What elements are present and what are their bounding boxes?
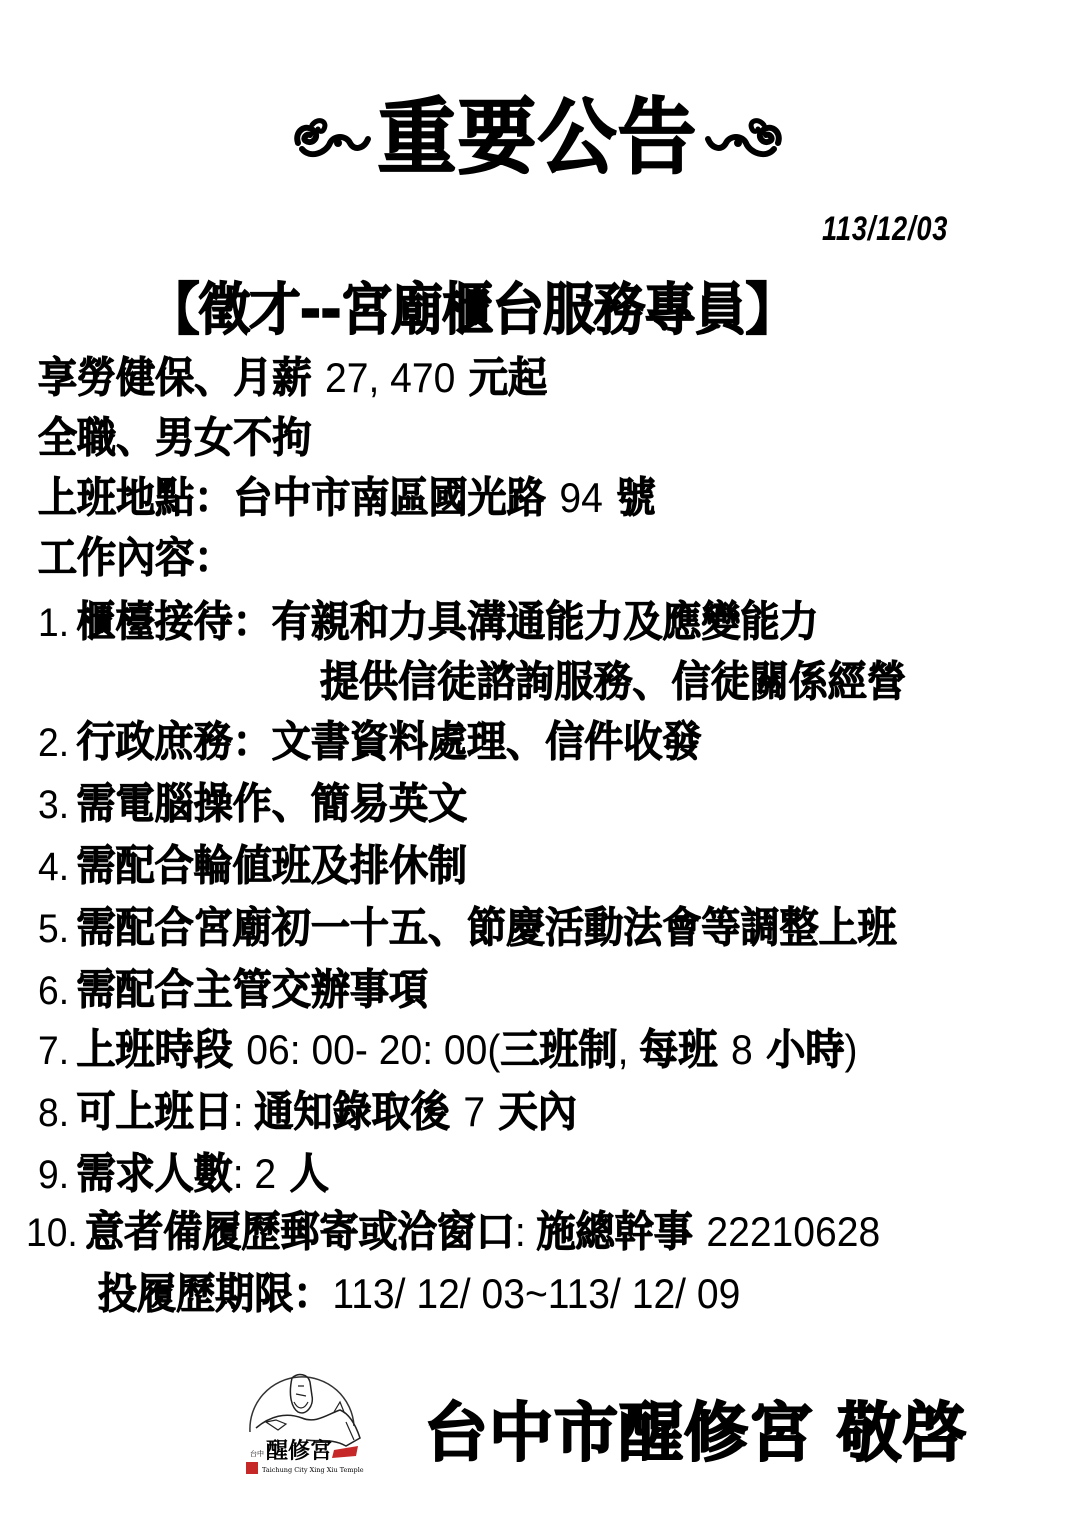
location-label: 上班地點： bbox=[38, 473, 233, 522]
duty-item-5: 5.需配合宮廟初一十五、節慶活動法會等調整上班 bbox=[38, 902, 897, 955]
item-text: 可上班日 bbox=[76, 1087, 232, 1136]
item-number: 7. bbox=[38, 1025, 69, 1077]
duty-item-9-headcount: 9.需求人數: 2 人 bbox=[38, 1148, 329, 1201]
employment-type-line: 全職、男女不拘 bbox=[38, 412, 311, 464]
benefits-salary-line: 享勞健保、月薪 27, 470 元起 bbox=[38, 352, 547, 404]
duty-item-1-continued: 提供信徒諮詢服務、信徒關係經營 bbox=[320, 656, 906, 708]
location-address: 台中市南區國光路 bbox=[233, 473, 559, 522]
salary-unit: 元起 bbox=[455, 353, 547, 402]
duty-item-10-contact: 10.意者備履歷郵寄或洽窗口: 施總幹事 22210628 bbox=[26, 1206, 880, 1259]
contact-phone: 22210628 bbox=[706, 1208, 880, 1255]
announcement-header: 重要公告 bbox=[0, 88, 1076, 188]
duty-item-1: 1.櫃檯接待：有親和力具溝通能力及應變能力 bbox=[38, 596, 819, 649]
start-date-text: 通知錄取後 bbox=[254, 1087, 463, 1136]
work-time-range: 06: 00- 20: 00( bbox=[246, 1026, 500, 1073]
item-number: 6. bbox=[38, 965, 69, 1017]
close-paren: ) bbox=[844, 1026, 857, 1073]
item-number: 9. bbox=[38, 1149, 69, 1201]
deadline-range: 113/ 12/ 03~113/ 12/ 09 bbox=[332, 1270, 740, 1317]
duty-item-7-hours: 7.上班時段 06: 00- 20: 00(三班制, 每班 8 小時) bbox=[38, 1024, 857, 1077]
start-days: 7 bbox=[463, 1088, 485, 1135]
announcement-date: 113/12/03 bbox=[822, 210, 948, 249]
location-number: 94 bbox=[559, 474, 602, 521]
item-text: 意者備履歷郵寄或洽窗口 bbox=[85, 1207, 515, 1256]
duty-item-2: 2.行政庶務：文書資料處理、信件收發 bbox=[38, 716, 701, 769]
separator: : bbox=[515, 1208, 537, 1255]
separator: , bbox=[618, 1026, 640, 1073]
contact-person: 施總幹事 bbox=[537, 1207, 707, 1256]
shift-system: 三班制 bbox=[500, 1025, 617, 1074]
item-number: 8. bbox=[38, 1087, 69, 1139]
shift-hours: 8 bbox=[731, 1026, 753, 1073]
item-text: 需配合主管交辦事項 bbox=[76, 965, 428, 1014]
item-text: 需求人數 bbox=[76, 1149, 232, 1198]
duty-item-4: 4.需配合輪値班及排休制 bbox=[38, 840, 467, 893]
work-location-line: 上班地點：台中市南區國光路 94 號 bbox=[38, 472, 656, 524]
item-text: 有親和力具溝通能力及應變能力 bbox=[272, 597, 819, 646]
headcount-unit: 人 bbox=[276, 1149, 329, 1198]
item-text: 需電腦操作、簡易英文 bbox=[76, 779, 467, 828]
temple-logo-icon: 台中 醒修宮 Taichung City Xing Xiu Temple bbox=[236, 1366, 368, 1482]
location-suffix: 號 bbox=[603, 473, 656, 522]
item-number: 10. bbox=[26, 1207, 78, 1259]
temple-signature: 台中市醒修宮 敬啓 bbox=[424, 1402, 967, 1466]
duty-item-3: 3.需電腦操作、簡易英文 bbox=[38, 778, 467, 831]
scroll-ornament-right-icon bbox=[704, 113, 784, 163]
item-number: 3. bbox=[38, 779, 69, 831]
item-number: 1. bbox=[38, 597, 69, 649]
svg-text:Taichung City Xing Xiu Temple: Taichung City Xing Xiu Temple bbox=[262, 1466, 364, 1474]
application-deadline: 投履歷期限：113/ 12/ 03~113/ 12/ 09 bbox=[98, 1268, 740, 1320]
duties-heading: 工作內容： bbox=[38, 532, 233, 584]
per-shift-text: 每班 bbox=[639, 1025, 731, 1074]
duty-item-8-start-date: 8.可上班日: 通知錄取後 7 天內 bbox=[38, 1086, 577, 1139]
scroll-ornament-left-icon bbox=[292, 113, 372, 163]
item-number: 4. bbox=[38, 841, 69, 893]
deadline-label: 投履歷期限： bbox=[98, 1269, 332, 1318]
item-label: 行政庶務： bbox=[76, 717, 271, 766]
item-number: 5. bbox=[38, 903, 69, 955]
job-title: 【徵才--宮廟櫃台服務專員】 bbox=[148, 278, 796, 344]
item-number: 2. bbox=[38, 717, 69, 769]
days-unit: 天內 bbox=[485, 1087, 577, 1136]
item-label: 櫃檯接待： bbox=[76, 597, 271, 646]
announcement-title: 重要公告 bbox=[378, 97, 698, 179]
item-text: 文書資料處理、信件收發 bbox=[272, 717, 702, 766]
separator: : bbox=[233, 1088, 255, 1135]
item-text: 需配合宮廟初一十五、節慶活動法會等調整上班 bbox=[76, 903, 896, 952]
headcount-value: 2 bbox=[254, 1150, 276, 1197]
duty-item-6: 6.需配合主管交辦事項 bbox=[38, 964, 428, 1017]
svg-text:台中: 台中 bbox=[250, 1449, 264, 1458]
benefits-text: 享勞健保、月薪 bbox=[38, 353, 325, 402]
hours-unit: 小時 bbox=[753, 1025, 845, 1074]
salary-value: 27, 470 bbox=[325, 354, 455, 401]
svg-text:醒修宮: 醒修宮 bbox=[266, 1438, 332, 1464]
item-text: 上班時段 bbox=[76, 1025, 246, 1074]
item-text: 需配合輪値班及排休制 bbox=[76, 841, 467, 890]
separator: : bbox=[233, 1150, 255, 1197]
